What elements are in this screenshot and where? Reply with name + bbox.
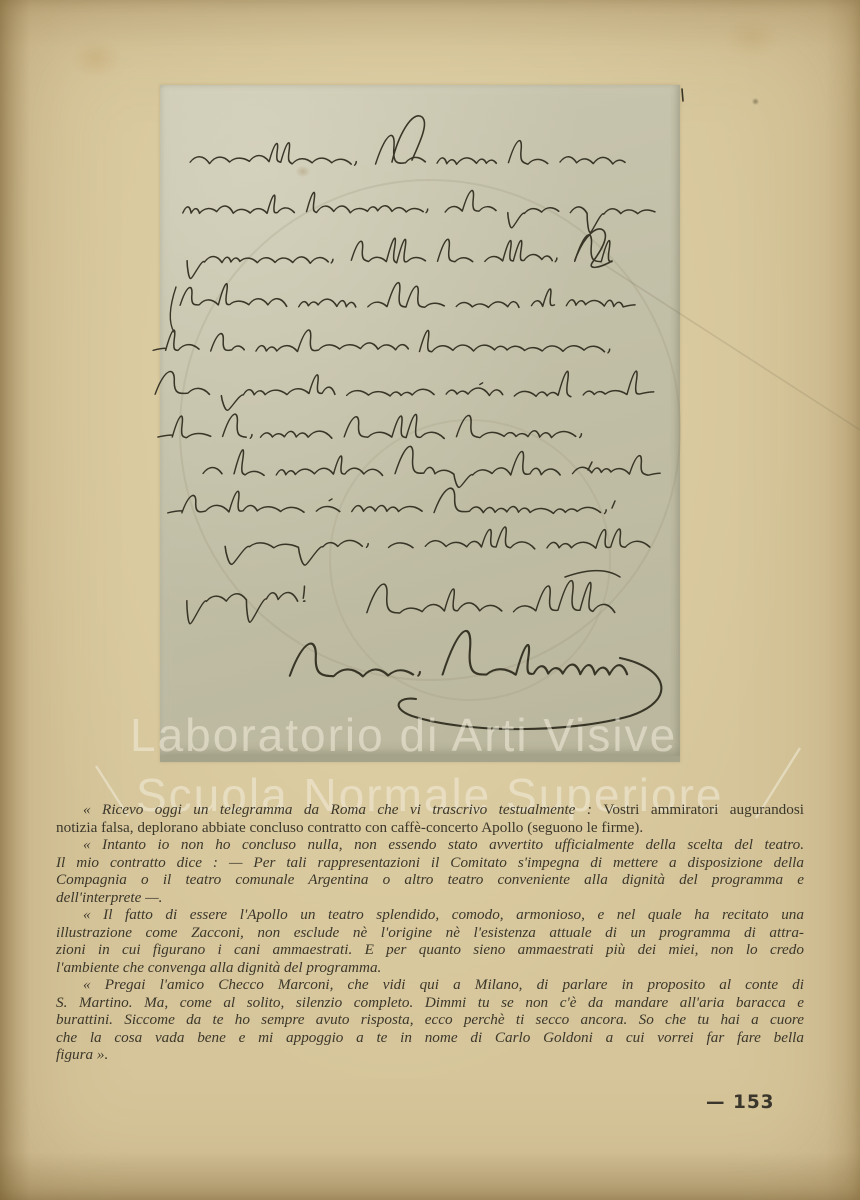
- printed-line: l'ambiente che convenga alla dignità del…: [56, 959, 804, 977]
- printed-segment-roman: Vostri ammiratori augurandosi: [603, 801, 804, 818]
- facsimile-panel: [160, 85, 680, 762]
- printed-line: zioni in cui figurano i cani ammaestrati…: [56, 941, 804, 959]
- printed-line: dell'interprete —.: [56, 889, 804, 907]
- printed-line: « Il fatto di essere l'Apollo un teatro …: [56, 906, 804, 924]
- printed-line: « Intanto io non ho concluso nulla, non …: [56, 836, 804, 854]
- pen-flourish: [682, 89, 683, 101]
- printed-line: notizia falsa, deplorano abbiate conclus…: [56, 819, 804, 837]
- printed-segment-italic: « Ricevo oggi un telegramma da Roma che …: [83, 801, 592, 818]
- paper-stain: [722, 16, 782, 60]
- page-number: — 153: [706, 1092, 775, 1113]
- printed-line: « Pregai l'amico Checco Marconi, che vid…: [56, 976, 804, 994]
- printed-line: che la cosa vada bene e mi appoggio a te…: [56, 1029, 804, 1047]
- printed-line: S. Martino. Ma, come al solito, silenzio…: [56, 994, 804, 1012]
- printed-line: Il mio contratto dice : — Per tali rappr…: [56, 854, 804, 872]
- scanned-book-page: Laboratorio di Arti Visive Scuola Normal…: [0, 0, 860, 1200]
- paper-stain: [70, 38, 122, 78]
- printed-line: burattini. Siccome da te ho sempre avuto…: [56, 1011, 804, 1029]
- printed-line: figura ».: [56, 1046, 804, 1064]
- printed-line: « Ricevo oggi un telegramma da Roma che …: [56, 801, 804, 819]
- watermark-line-1: Laboratorio di Arti Visive: [130, 708, 677, 762]
- printed-line: Compagnia o il teatro comunale Argentina…: [56, 871, 804, 889]
- paper-speck: [752, 98, 759, 105]
- printed-line: illustrazione come Zacconi, non esclude …: [56, 924, 804, 942]
- printed-text-block: « Ricevo oggi un telegramma da Roma che …: [56, 801, 804, 1064]
